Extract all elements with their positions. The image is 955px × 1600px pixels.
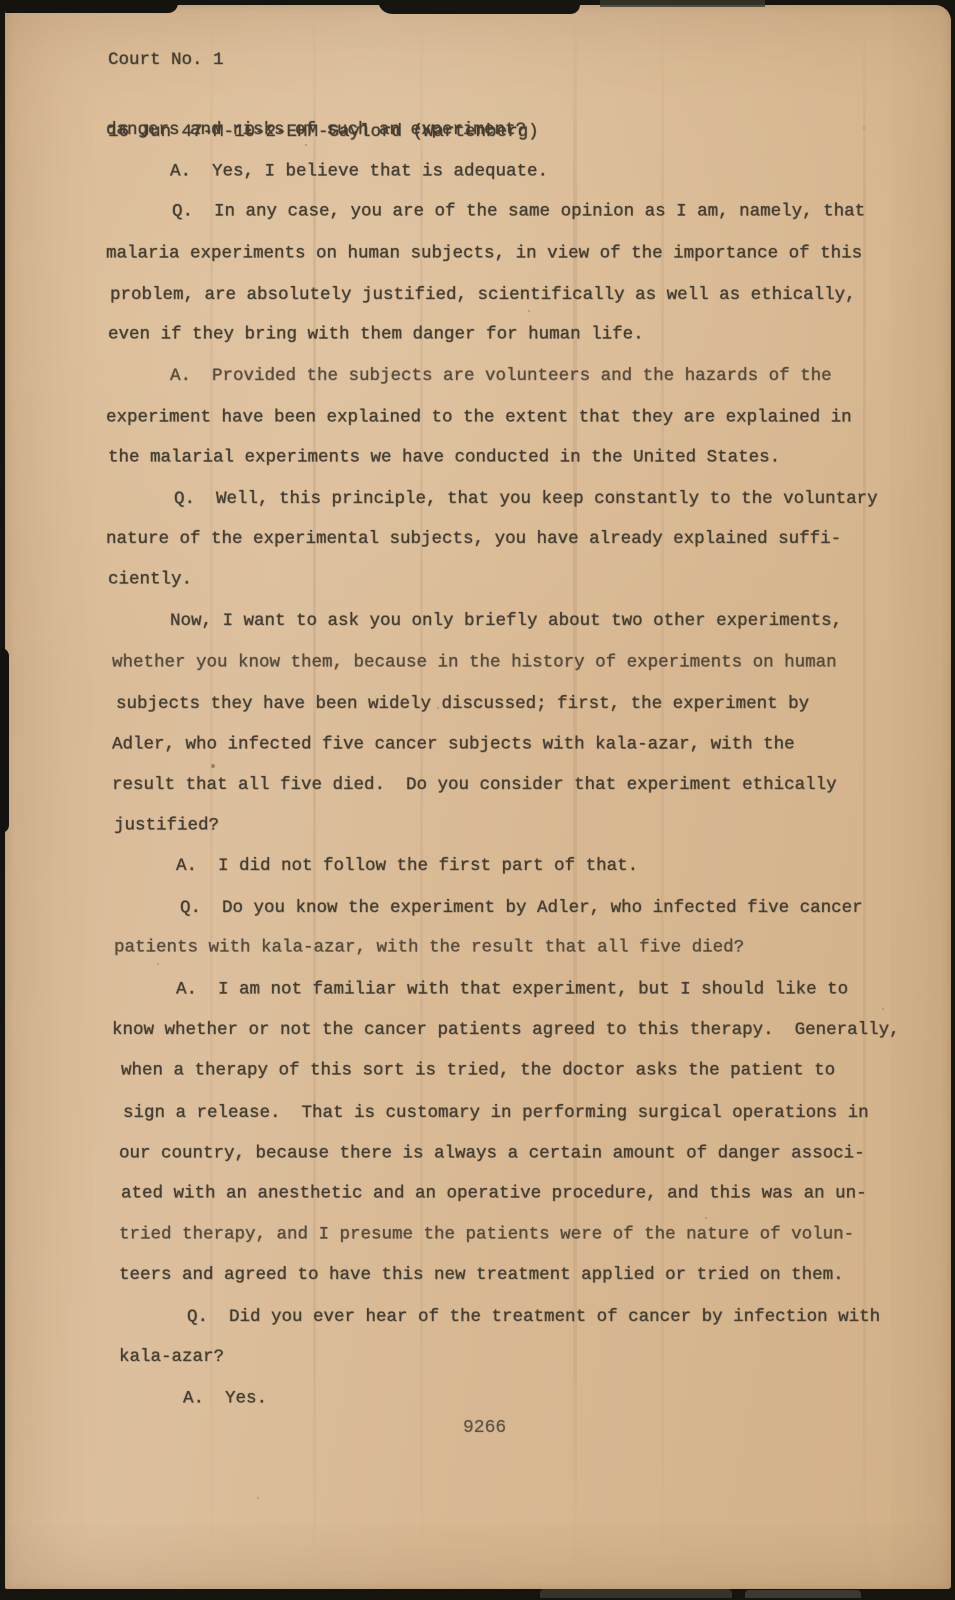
- transcript-line: justified?: [114, 805, 939, 846]
- transcript-line: Now, I want to ask you only briefly abou…: [106, 601, 937, 642]
- court-number-line: Court No. 1: [108, 48, 539, 72]
- transcript-line: sign a release. That is customary in per…: [123, 1092, 941, 1133]
- transcript-line: Q. In any case, you are of the same opin…: [108, 191, 939, 232]
- transcript-line: Q. Do you know the experiment by Adler, …: [116, 888, 941, 929]
- transcript-line: whether you know them, because in the hi…: [112, 642, 937, 683]
- transcript-line: subjects they have been widely discussed…: [116, 683, 941, 724]
- torn-edge-left: [0, 648, 9, 833]
- transcript-line: result that all five died. Do you consid…: [112, 764, 937, 805]
- torn-edge-bottom-gray-2: [745, 1590, 861, 1598]
- transcript-line: problem, are absolutely justified, scien…: [110, 274, 941, 315]
- transcript-line: the malarial experiments we have conduct…: [108, 437, 939, 478]
- transcript-line: patients with kala-azar, with the result…: [114, 927, 939, 968]
- transcript-line: experiment have been explained to the ex…: [106, 397, 937, 438]
- torn-edge-bottom-gray-1: [540, 1589, 732, 1598]
- transcript-line: A. I am not familiar with that experimen…: [112, 969, 937, 1010]
- transcript-line: A. Yes.: [119, 1378, 937, 1419]
- torn-edge-top-gray: [600, 0, 765, 7]
- transcript-line: dangers and risks of such an experiment?: [106, 110, 937, 151]
- transcript-line: Q. Well, this principle, that you keep c…: [110, 479, 941, 520]
- transcript-text: dangers and risks of such an experiment?…: [106, 110, 937, 1419]
- transcript-line: A. Yes, I believe that is adequate.: [106, 151, 937, 192]
- transcript-line: A. I did not follow the first part of th…: [112, 846, 937, 887]
- page-number: 9266: [463, 1419, 506, 1437]
- transcript-line: even if they bring with them danger for …: [108, 314, 939, 355]
- torn-edge-top-left: [0, 0, 178, 13]
- transcript-line: teers and agreed to have this new treatm…: [119, 1255, 937, 1296]
- transcript-line: tried therapy, and I presume the patient…: [119, 1215, 937, 1256]
- transcript-line: ated with an anesthetic and an operative…: [121, 1173, 939, 1214]
- torn-edge-top-middle: [378, 0, 580, 14]
- scanned-document: Court No. 1 16 Jun 47-M-10-2-EHM-Gaylord…: [0, 0, 955, 1600]
- transcript-line: nature of the experimental subjects, you…: [106, 519, 937, 560]
- transcript-line: malaria experiments on human subjects, i…: [106, 233, 937, 274]
- transcript-line: when a therapy of this sort is tried, th…: [121, 1050, 939, 1091]
- transcript-line: A. Provided the subjects are volunteers …: [106, 355, 937, 396]
- transcript-line: Adler, who infected five cancer subjects…: [112, 724, 937, 765]
- transcript-line: Q. Did you ever hear of the treatment of…: [123, 1297, 941, 1338]
- transcript-line: our country, because there is always a c…: [119, 1133, 937, 1174]
- transcript-line: know whether or not the cancer patients …: [112, 1010, 937, 1051]
- transcript-line: ciently.: [108, 559, 939, 600]
- transcript-line: kala-azar?: [119, 1337, 937, 1378]
